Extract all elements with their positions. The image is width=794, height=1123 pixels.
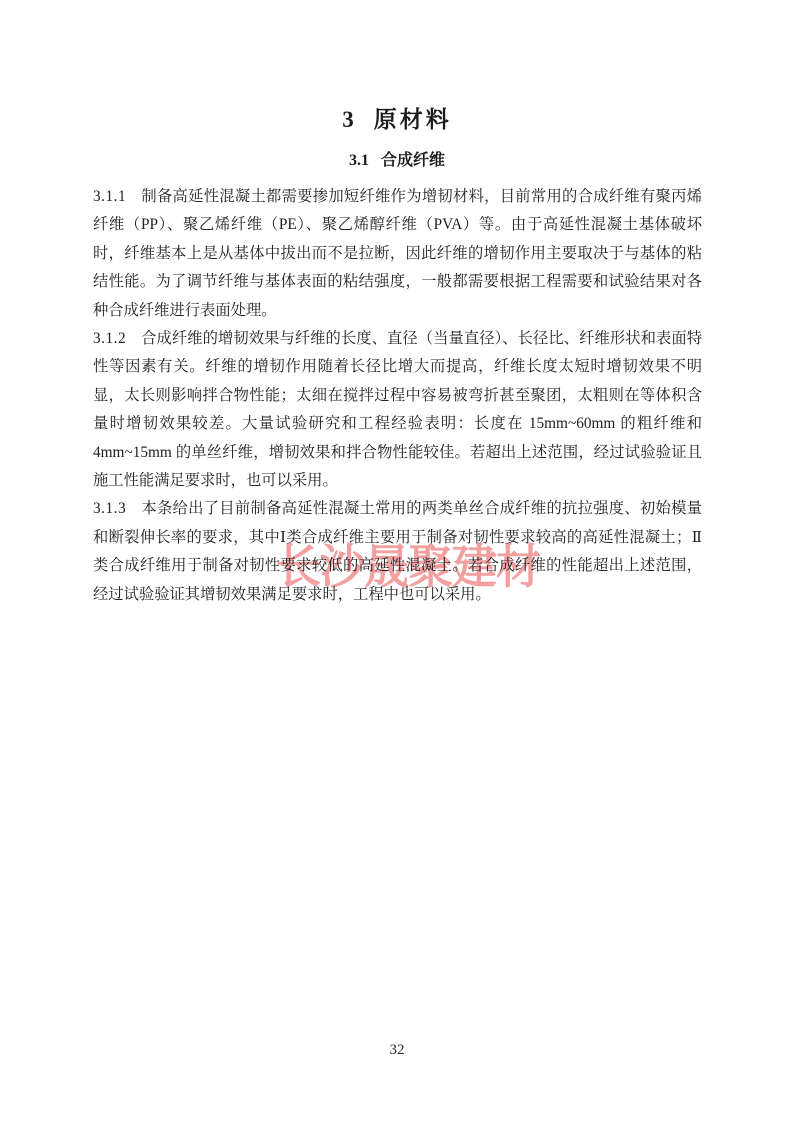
section-title: 合成纤维 <box>381 152 445 169</box>
page-number: 32 <box>0 1042 794 1059</box>
clause-3-1-2: 3.1.2合成纤维的增韧效果与纤维的长度、直径（当量直径）、长径比、纤维形状和表… <box>93 325 702 495</box>
chapter-number: 3 <box>342 107 354 132</box>
clause-text: 制备高延性混凝土都需要掺加短纤维作为增韧材料，目前常用的合成纤维有聚丙烯纤维（P… <box>93 188 702 319</box>
document-page: 长沙晟聚建材 3原材料 3.1合成纤维 3.1.1制备高延性混凝土都需要掺加短纤… <box>0 0 794 1123</box>
section-number: 3.1 <box>349 152 369 169</box>
clause-text: 合成纤维的增韧效果与纤维的长度、直径（当量直径）、长径比、纤维形状和表面特性等因… <box>93 330 702 489</box>
clause-3-1-1: 3.1.1制备高延性混凝土都需要掺加短纤维作为增韧材料，目前常用的合成纤维有聚丙… <box>93 183 702 325</box>
chapter-title: 原材料 <box>374 106 452 132</box>
body-text: 3.1.1制备高延性混凝土都需要掺加短纤维作为增韧材料，目前常用的合成纤维有聚丙… <box>93 183 702 609</box>
chapter-heading: 3原材料 <box>0 101 794 134</box>
clause-text: 本条给出了目前制备高延性混凝土常用的两类单丝合成纤维的抗拉强度、初始模量和断裂伸… <box>93 500 702 602</box>
clause-number: 3.1.3 <box>93 500 126 517</box>
clause-number: 3.1.2 <box>93 330 126 347</box>
section-heading: 3.1合成纤维 <box>0 147 794 170</box>
clause-number: 3.1.1 <box>93 188 126 205</box>
clause-3-1-3: 3.1.3本条给出了目前制备高延性混凝土常用的两类单丝合成纤维的抗拉强度、初始模… <box>93 495 702 609</box>
